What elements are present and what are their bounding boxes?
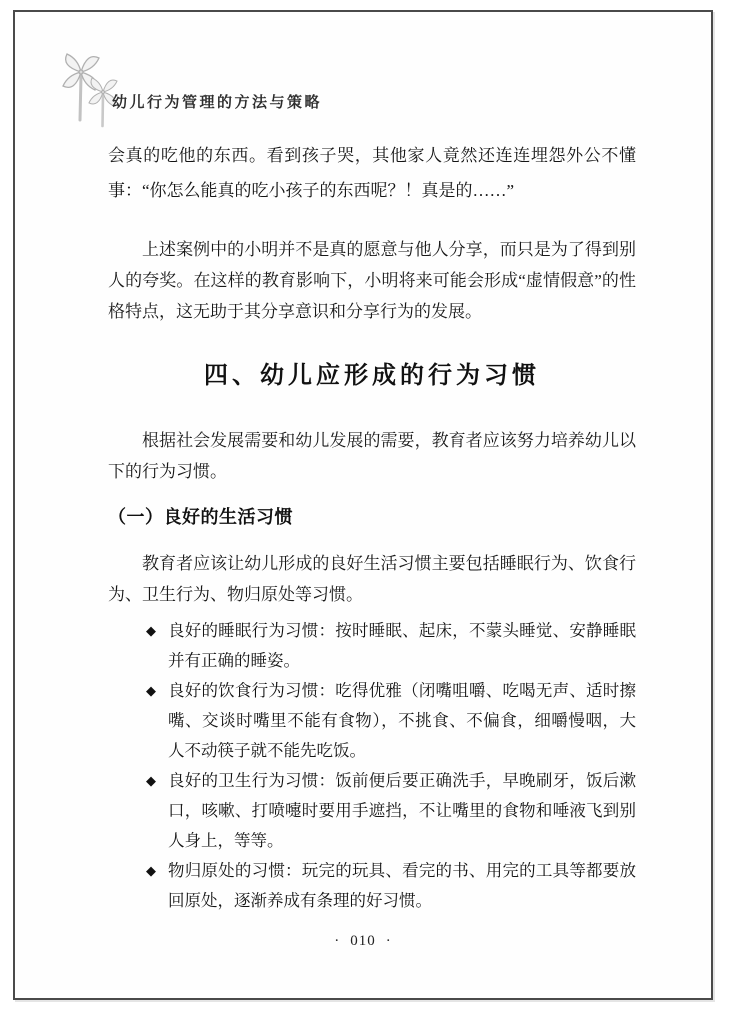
habits-overview-paragraph: 教育者应该让幼儿形成的良好生活习惯主要包括睡眠行为、饮食行为、卫生行为、物归原处… xyxy=(108,548,636,610)
section-heading: 四、幼儿应形成的行为习惯 xyxy=(108,358,636,394)
intro-paragraph: 根据社会发展需要和幼儿发展的需要，教育者应该努力培养幼儿以下的行为习惯。 xyxy=(108,425,636,487)
page-footer: ·010· xyxy=(15,933,711,950)
footer-dot-right: · xyxy=(386,933,392,949)
diamond-bullet-icon: ◆ xyxy=(146,616,156,646)
bullet-text: 良好的饮食行为习惯：吃得优雅（闭嘴咀嚼、吃喝无声、适时擦嘴、交谈时嘴里不能有食物… xyxy=(168,681,636,760)
list-item: ◆ 物归原处的习惯：玩完的玩具、看完的书、用完的工具等都要放回原处，逐渐养成有条… xyxy=(108,856,636,916)
page-header: 幼儿行为管理的方法与策略 xyxy=(108,12,636,124)
list-item: ◆ 良好的卫生行为习惯：饭前便后要正确洗手，早晚刷牙，饭后漱口，咳嗽、打喷嚏时要… xyxy=(108,766,636,856)
pinwheel-icon xyxy=(58,50,120,128)
bullet-text: 物归原处的习惯：玩完的玩具、看完的书、用完的工具等都要放回原处，逐渐养成有条理的… xyxy=(168,861,636,910)
footer-dot-left: · xyxy=(334,933,340,949)
page-number: 010 xyxy=(350,933,376,949)
diamond-bullet-icon: ◆ xyxy=(146,766,156,796)
subsection-heading: （一）良好的生活习惯 xyxy=(108,505,636,529)
list-item: ◆ 良好的睡眠行为习惯：按时睡眠、起床，不蒙头睡觉、安静睡眠并有正确的睡姿。 xyxy=(108,616,636,676)
diamond-bullet-icon: ◆ xyxy=(146,856,156,886)
list-item: ◆ 良好的饮食行为习惯：吃得优雅（闭嘴咀嚼、吃喝无声、适时擦嘴、交谈时嘴里不能有… xyxy=(108,676,636,766)
chapter-header-title: 幼儿行为管理的方法与策略 xyxy=(112,91,322,112)
bullet-text: 良好的卫生行为习惯：饭前便后要正确洗手，早晚刷牙，饭后漱口，咳嗽、打喷嚏时要用手… xyxy=(168,771,636,850)
habit-list: ◆ 良好的睡眠行为习惯：按时睡眠、起床，不蒙头睡觉、安静睡眠并有正确的睡姿。 ◆… xyxy=(108,616,636,916)
case-analysis-paragraph: 上述案例中的小明并不是真的愿意与他人分享，而只是为了得到别人的夸奖。在这样的教育… xyxy=(108,234,636,327)
book-page: 幼儿行为管理的方法与策略 会真的吃他的东西。看到孩子哭，其他家人竟然还连连埋怨外… xyxy=(13,10,713,1000)
diamond-bullet-icon: ◆ xyxy=(146,676,156,706)
continuation-paragraph: 会真的吃他的东西。看到孩子哭，其他家人竟然还连连埋怨外公不懂事：“你怎么能真的吃… xyxy=(108,138,636,208)
bullet-text: 良好的睡眠行为习惯：按时睡眠、起床，不蒙头睡觉、安静睡眠并有正确的睡姿。 xyxy=(168,621,636,670)
page-content: 幼儿行为管理的方法与策略 会真的吃他的东西。看到孩子哭，其他家人竟然还连连埋怨外… xyxy=(15,12,711,998)
